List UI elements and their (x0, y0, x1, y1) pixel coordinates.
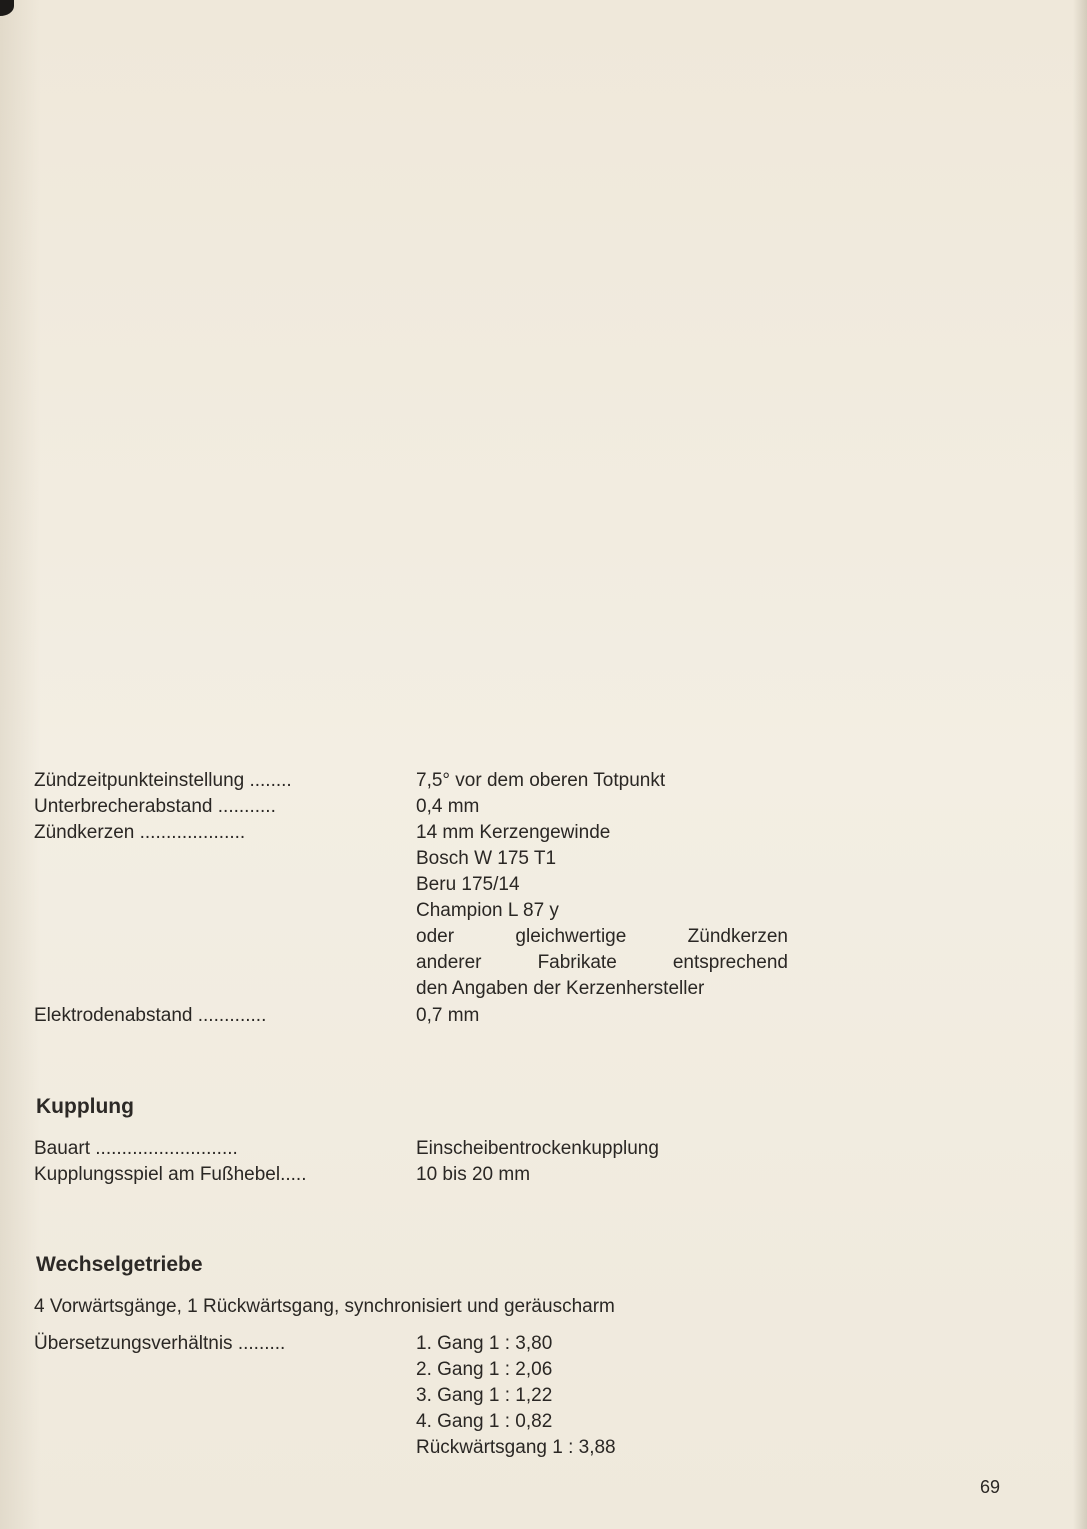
spec-value: 7,5° vor dem oberen Totpunkt (416, 768, 665, 794)
spec-value: den Angaben der Kerzenhersteller (416, 976, 704, 1002)
gear-ratio-3: 3. Gang 1 : 1,22 (416, 1383, 552, 1409)
spec-label: Zündkerzen .................... (34, 820, 379, 846)
spec-value: oder gleichwertige Zündkerzen (416, 924, 788, 950)
spec-value: Einscheibentrockenkupplung (416, 1136, 659, 1162)
spec-value: Beru 175/14 (416, 872, 520, 898)
spec-value: 14 mm Kerzengewinde (416, 820, 610, 846)
spec-value: 10 bis 20 mm (416, 1162, 530, 1188)
section-heading-gearbox: Wechselgetriebe (36, 1253, 203, 1277)
spec-value: Bosch W 175 T1 (416, 846, 556, 872)
gear-ratio-1: 1. Gang 1 : 3,80 (416, 1331, 552, 1357)
spec-value: 0,7 mm (416, 1003, 479, 1029)
gear-ratio-4: 4. Gang 1 : 0,82 (416, 1409, 552, 1435)
gear-ratio-2: 2. Gang 1 : 2,06 (416, 1357, 552, 1383)
spec-value: 0,4 mm (416, 794, 479, 820)
page-number: 69 (980, 1477, 1000, 1498)
spec-label: Unterbrecherabstand ........... (34, 794, 379, 820)
spec-label: Übersetzungsverhältnis ......... (34, 1331, 379, 1357)
section-heading-clutch: Kupplung (36, 1095, 134, 1119)
page-corner-shadow (0, 0, 14, 16)
spec-label: Zündzeitpunkteinstellung ........ (34, 768, 379, 794)
spec-label: Kupplungsspiel am Fußhebel..... (34, 1162, 379, 1188)
gearbox-description: 4 Vorwärtsgänge, 1 Rückwärtsgang, synchr… (34, 1296, 615, 1318)
spec-label: Elektrodenabstand ............. (34, 1003, 379, 1029)
spec-value: Champion L 87 y (416, 898, 559, 924)
spec-value: anderer Fabrikate entsprechend (416, 950, 788, 976)
spec-label: Bauart ........................... (34, 1136, 379, 1162)
gear-ratio-reverse: Rückwärtsgang 1 : 3,88 (416, 1435, 616, 1461)
document-page: Zündzeitpunkteinstellung ........ 7,5° v… (0, 0, 1087, 1529)
